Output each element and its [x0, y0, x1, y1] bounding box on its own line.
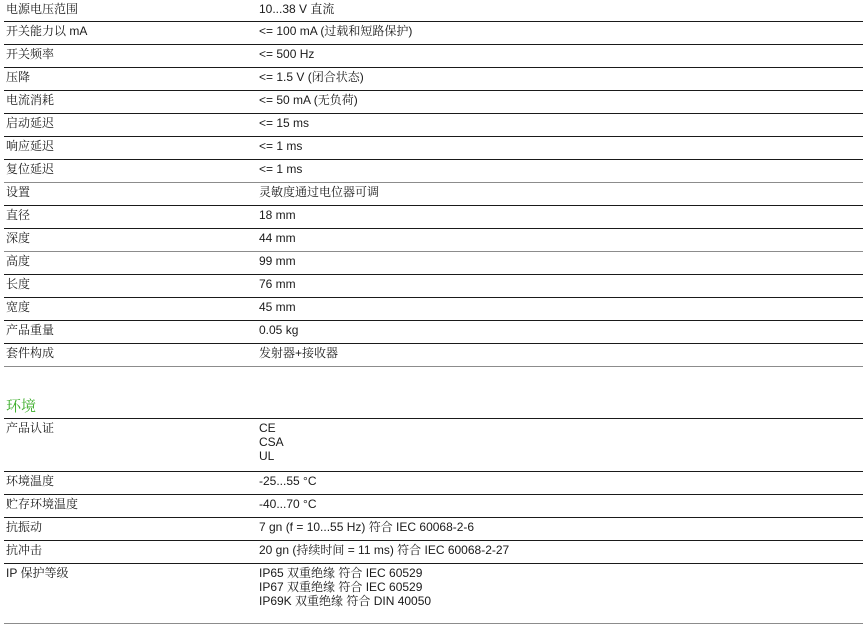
spec-label: 长度 — [4, 275, 259, 296]
spec-value: <= 500 Hz — [259, 45, 863, 65]
spec-value: -25...55 °C — [259, 472, 863, 492]
spec-row: 压降 <= 1.5 V (闭合状态) — [4, 68, 863, 91]
spec-value: <= 1 ms — [259, 160, 863, 180]
spec-row: 高度 99 mm — [4, 252, 863, 275]
spec-value: <= 15 ms — [259, 114, 863, 134]
spec-value: <= 50 mA (无负荷) — [259, 91, 863, 111]
spec-value: 44 mm — [259, 229, 863, 249]
spec-row: 响应延迟 <= 1 ms — [4, 137, 863, 160]
env-row: 环境温度 -25...55 °C — [4, 472, 863, 495]
spec-label: 宽度 — [4, 298, 259, 319]
spec-row: 电流消耗 <= 50 mA (无负荷) — [4, 91, 863, 114]
spec-value: <= 100 mA (过载和短路保护) — [259, 22, 863, 42]
spec-value: 20 gn (持续时间 = 11 ms) 符合 IEC 60068-2-27 — [259, 541, 863, 561]
spec-label: 套件构成 — [4, 344, 259, 365]
spec-value: IP65 双重绝缘 符合 IEC 60529 IP67 双重绝缘 符合 IEC … — [259, 564, 863, 612]
spec-label: 开关频率 — [4, 45, 259, 66]
env-row: 抗振动 7 gn (f = 10...55 Hz) 符合 IEC 60068-2… — [4, 518, 863, 541]
spec-row: 开关频率 <= 500 Hz — [4, 45, 863, 68]
spec-label: 高度 — [4, 252, 259, 273]
spec-value: 灵敏度通过电位器可调 — [259, 183, 863, 203]
spec-label: 贮存环境温度 — [4, 495, 259, 516]
spec-value: 10...38 V 直流 — [259, 0, 863, 20]
spec-label: 启动延迟 — [4, 114, 259, 135]
spec-row: 设置 灵敏度通过电位器可调 — [4, 183, 863, 206]
spec-label: 设置 — [4, 183, 259, 204]
spec-label: 响应延迟 — [4, 137, 259, 158]
env-row: 抗冲击 20 gn (持续时间 = 11 ms) 符合 IEC 60068-2-… — [4, 541, 863, 564]
spec-label: 直径 — [4, 206, 259, 227]
spec-label: IP 保护等级 — [4, 564, 259, 585]
env-row-certifications: 产品认证 CE CSA UL — [4, 419, 863, 472]
ip-rating-value: IP69K 双重绝缘 符合 DIN 40050 — [259, 594, 863, 608]
spec-row: 电源电压范围 10...38 V 直流 — [4, 0, 863, 22]
spec-label: 开关能力以 mA — [4, 22, 259, 43]
spec-row: 深度 44 mm — [4, 229, 863, 252]
spec-value: 18 mm — [259, 206, 863, 226]
spec-value: CE CSA UL — [259, 419, 863, 467]
spec-value: -40...70 °C — [259, 495, 863, 515]
spec-label: 压降 — [4, 68, 259, 89]
spec-row: 产品重量 0.05 kg — [4, 321, 863, 344]
certification-value: CE — [259, 421, 863, 435]
spec-row: 开关能力以 mA <= 100 mA (过载和短路保护) — [4, 22, 863, 45]
spec-row: 启动延迟 <= 15 ms — [4, 114, 863, 137]
spec-row: 复位延迟 <= 1 ms — [4, 160, 863, 183]
spec-value: 7 gn (f = 10...55 Hz) 符合 IEC 60068-2-6 — [259, 518, 863, 538]
ip-rating-value: IP65 双重绝缘 符合 IEC 60529 — [259, 566, 863, 580]
env-row-ip-rating: IP 保护等级 IP65 双重绝缘 符合 IEC 60529 IP67 双重绝缘… — [4, 564, 863, 624]
spec-row: 宽度 45 mm — [4, 298, 863, 321]
spec-value: 99 mm — [259, 252, 863, 272]
spec-value: 76 mm — [259, 275, 863, 295]
certification-value: UL — [259, 449, 863, 463]
spec-row: 直径 18 mm — [4, 206, 863, 229]
environment-table: 产品认证 CE CSA UL 环境温度 -25...55 °C 贮存环境温度 -… — [4, 418, 863, 624]
spec-label: 深度 — [4, 229, 259, 250]
spec-label: 电流消耗 — [4, 91, 259, 112]
spec-label: 电源电压范围 — [4, 0, 259, 21]
env-row: 贮存环境温度 -40...70 °C — [4, 495, 863, 518]
spec-row: 长度 76 mm — [4, 275, 863, 298]
spec-label: 抗冲击 — [4, 541, 259, 562]
certification-value: CSA — [259, 435, 863, 449]
spec-label: 复位延迟 — [4, 160, 259, 181]
spec-value: 45 mm — [259, 298, 863, 318]
spec-value: <= 1 ms — [259, 137, 863, 157]
section-heading-environment: 环境 — [6, 397, 36, 417]
spec-label: 抗振动 — [4, 518, 259, 539]
spec-row: 套件构成 发射器+接收器 — [4, 344, 863, 367]
spec-value: <= 1.5 V (闭合状态) — [259, 68, 863, 88]
spec-label: 产品重量 — [4, 321, 259, 342]
spec-value: 0.05 kg — [259, 321, 863, 341]
spec-label: 环境温度 — [4, 472, 259, 493]
spec-value: 发射器+接收器 — [259, 344, 863, 364]
spec-label: 产品认证 — [4, 419, 259, 440]
specifications-table: 电源电压范围 10...38 V 直流 开关能力以 mA <= 100 mA (… — [4, 0, 863, 367]
ip-rating-value: IP67 双重绝缘 符合 IEC 60529 — [259, 580, 863, 594]
